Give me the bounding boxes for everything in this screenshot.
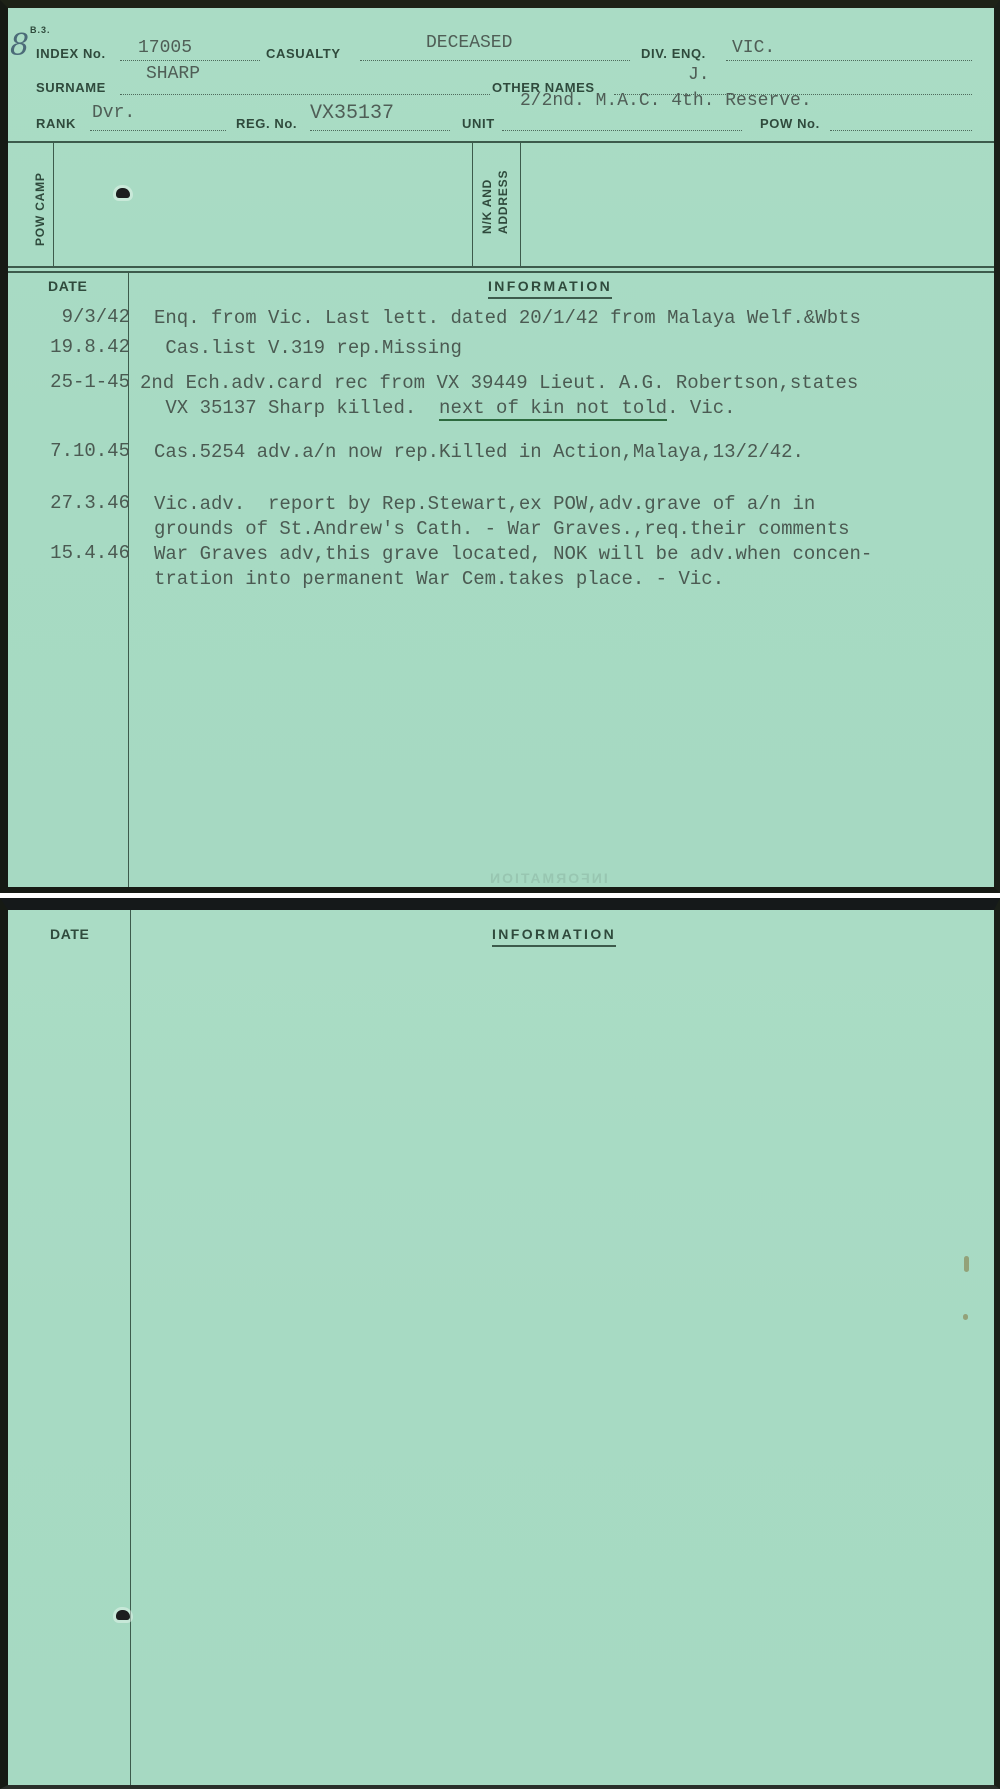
divider: [8, 271, 994, 273]
index-card-front: 8 B.3. INDEX No. 17005 CASUALTY DECEASED…: [0, 0, 1000, 893]
pen-mark: 8: [10, 28, 29, 63]
divider: [8, 266, 994, 268]
entry-text: grounds of St.Andrew's Cath. - War Grave…: [154, 517, 850, 542]
entry-date: 7.10.45: [18, 440, 130, 462]
reg-no-value: VX35137: [310, 102, 394, 125]
nk-address-label-1: N/K AND: [480, 179, 495, 234]
surname-value: SHARP: [146, 64, 200, 84]
index-card-back: DATE INFORMATION: [0, 898, 1000, 1789]
reg-no-label: REG. No.: [236, 116, 297, 131]
rank-value: Dvr.: [92, 103, 135, 123]
casualty-dotline: [360, 60, 630, 61]
punch-hole: [116, 1610, 130, 1620]
entry-date: 19.8.42: [18, 336, 130, 358]
divider: [472, 142, 473, 266]
entry-text: War Graves adv,this grave located, NOK w…: [154, 542, 872, 567]
pow-camp-label: POW CAMP: [33, 172, 48, 246]
date-column-divider: [128, 273, 129, 893]
entry-text: tration into permanent War Cem.takes pla…: [154, 567, 724, 592]
unit-label: UNIT: [462, 116, 495, 131]
surname-label: SURNAME: [36, 80, 106, 95]
entry-date: 15.4.46: [18, 542, 130, 564]
other-names-value: J.: [688, 65, 710, 85]
underlined-note: next of kin not told: [439, 397, 667, 421]
date-header: DATE: [48, 278, 87, 294]
index-no-label: INDEX No.: [36, 46, 106, 61]
entry-text: Vic.adv. report by Rep.Stewart,ex POW,ad…: [154, 492, 815, 517]
form-code: B.3.: [30, 25, 51, 35]
div-enq-label: DIV. ENQ.: [641, 46, 706, 61]
surname-dotline: [120, 94, 490, 95]
date-column-divider: [130, 910, 131, 1789]
divider: [53, 142, 54, 266]
index-no-dotline: [120, 60, 260, 61]
entry-text: Enq. from Vic. Last lett. dated 20/1/42 …: [154, 306, 861, 331]
entry-date: 27.3.46: [18, 492, 130, 514]
pow-no-label: POW No.: [760, 116, 820, 131]
entry-text: 2nd Ech.adv.card rec from VX 39449 Lieut…: [140, 371, 858, 396]
stain-mark: [963, 1314, 968, 1320]
pow-no-dotline: [830, 130, 972, 131]
casualty-value: DECEASED: [426, 33, 512, 53]
info-header: INFORMATION: [492, 926, 616, 947]
entry-date: 25-1-45: [18, 371, 130, 393]
entry-text: Cas.5254 adv.a/n now rep.Killed in Actio…: [154, 440, 804, 465]
date-header: DATE: [50, 926, 89, 942]
bleed-through-text: INFORMATION: [488, 870, 608, 886]
casualty-label: CASUALTY: [266, 46, 341, 61]
stain-mark: [964, 1256, 969, 1272]
divider: [8, 141, 994, 143]
info-header: INFORMATION: [488, 278, 612, 299]
unit-value: 2/2nd. M.A.C. 4th. Reserve.: [520, 91, 812, 111]
unit-dotline: [502, 130, 742, 131]
rank-dotline: [90, 130, 226, 131]
rank-label: RANK: [36, 116, 76, 131]
entry-text: Cas.list V.319 rep.Missing: [154, 336, 462, 361]
reg-no-dotline: [310, 130, 450, 131]
punch-hole: [116, 188, 130, 198]
entry-date: 9/3/42: [18, 306, 130, 328]
divider: [520, 142, 521, 266]
nk-address-label-2: ADDRESS: [496, 170, 511, 234]
div-enq-value: VIC.: [732, 38, 775, 58]
entry-text: VX 35137 Sharp killed. next of kin not t…: [154, 396, 736, 421]
div-enq-dotline: [726, 60, 972, 61]
index-no-value: 17005: [138, 38, 192, 58]
